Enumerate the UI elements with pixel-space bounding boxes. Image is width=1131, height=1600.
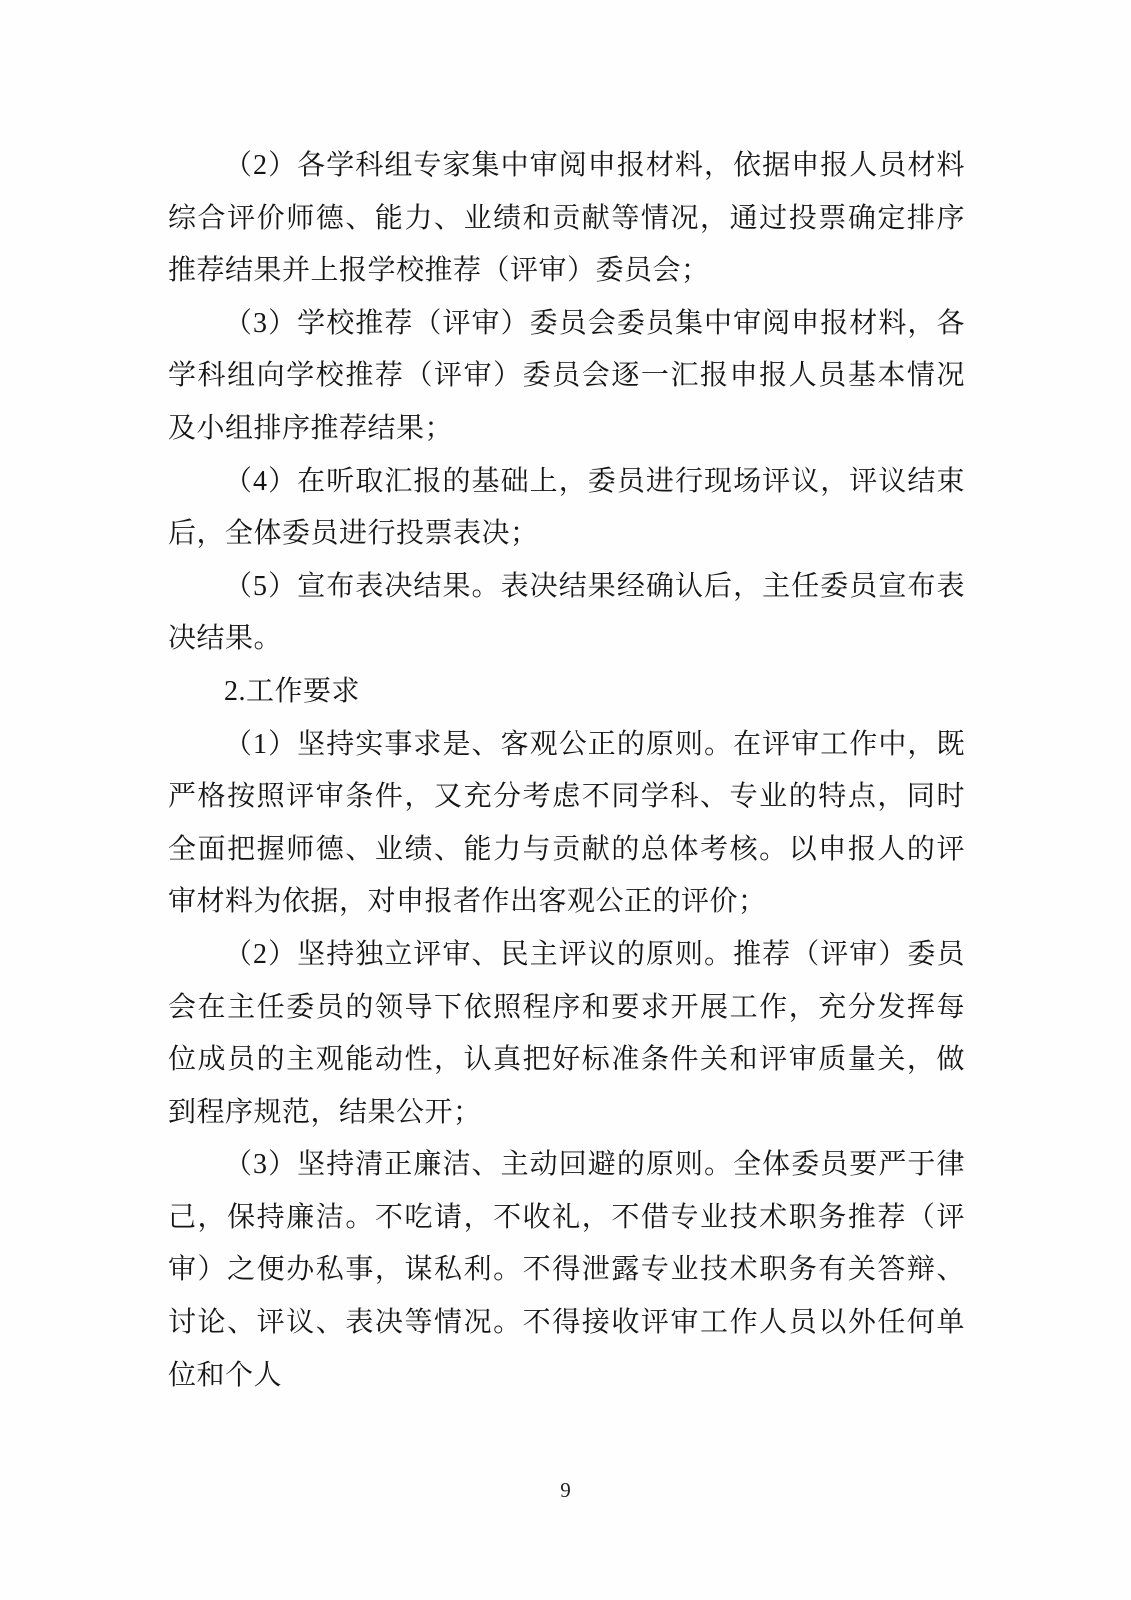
paragraph-requirement-2: （2）坚持独立评审、民主评议的原则。推荐（评审）委员会在主任委员的领导下依照程序… [168, 929, 965, 1139]
paragraph-procedure-2: （2）各学科组专家集中审阅申报材料，依据申报人员材料综合评价师德、能力、业绩和贡… [168, 140, 965, 298]
paragraph-procedure-5: （5）宣布表决结果。表决结果经确认后，主任委员宣布表决结果。 [168, 561, 965, 666]
paragraph-requirement-3: （3）坚持清正廉洁、主动回避的原则。全体委员要严于律己，保持廉洁。不吃请，不收礼… [168, 1139, 965, 1402]
paragraph-requirement-1: （1）坚持实事求是、客观公正的原则。在评审工作中，既严格按照评审条件，又充分考虑… [168, 719, 965, 929]
paragraph-procedure-3: （3）学校推荐（评审）委员会委员集中审阅申报材料，各学科组向学校推荐（评审）委员… [168, 298, 965, 456]
document-page: （2）各学科组专家集中审阅申报材料，依据申报人员材料综合评价师德、能力、业绩和贡… [0, 0, 1131, 1600]
page-number: 9 [0, 1477, 1131, 1503]
document-body: （2）各学科组专家集中审阅申报材料，依据申报人员材料综合评价师德、能力、业绩和贡… [168, 140, 965, 1402]
section-heading-work-requirements: 2.工作要求 [168, 666, 965, 719]
paragraph-procedure-4: （4）在听取汇报的基础上，委员进行现场评议，评议结束后，全体委员进行投票表决； [168, 456, 965, 561]
